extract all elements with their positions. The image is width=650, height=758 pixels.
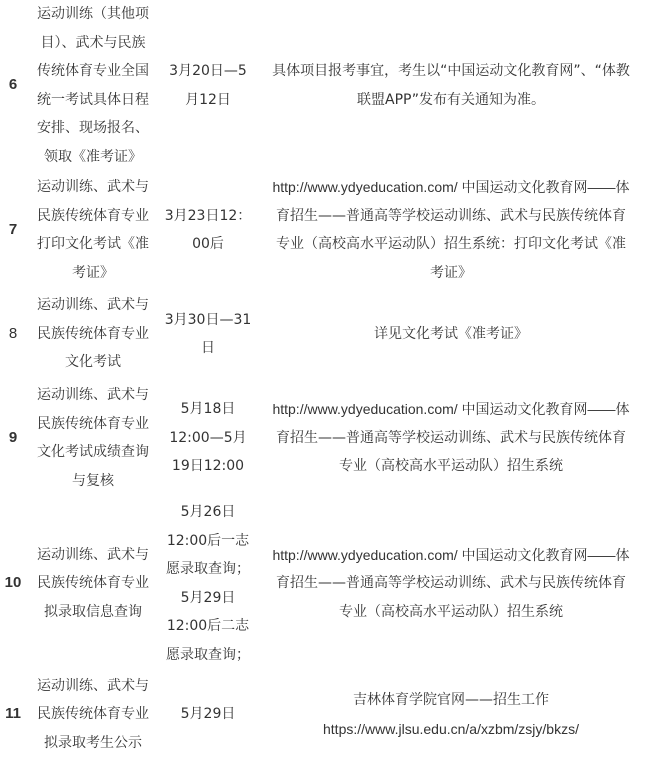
time-text: 5月26日	[158, 498, 258, 527]
note-cell: http://www.ydyeducation.com/ 中国运动文化教育网——…	[258, 379, 650, 497]
item-text: 传统体育专业全国	[28, 57, 158, 86]
note-text: 吉林体育学院官网——招生工作	[262, 686, 640, 715]
note-text: 专业（高校高水平运动队）招生系统	[262, 452, 640, 481]
item-text: 统一考试具体日程	[28, 86, 158, 115]
table-row: 11 运动训练、武术与 民族传统体育专业 拟录取考生公示 5月29日 吉林体育学…	[0, 670, 650, 758]
note-text: 具体项目报考事宜，考生以“中国运动文化教育网”、“体教	[262, 57, 640, 86]
item-text: 安排、现场报名、	[28, 114, 158, 143]
time-text: 3月20日—5	[158, 57, 258, 86]
note-cell: 吉林体育学院官网——招生工作 https://www.jlsu.edu.cn/a…	[258, 670, 650, 758]
table-row: 8 运动训练、武术与 民族传统体育专业 文化考试 3月30日—31 日 详见文化…	[0, 289, 650, 379]
item-text: 运动训练、武术与	[28, 291, 158, 320]
time-text: 月12日	[158, 86, 258, 115]
item-text: 运动训练、武术与	[28, 381, 158, 410]
note-text: 联盟APP”发布有关通知为准。	[262, 86, 640, 115]
time-text: 19日12:00	[158, 452, 258, 481]
time-text: 5月18日	[158, 395, 258, 424]
item-text: 运动训练、武术与	[28, 672, 158, 701]
time-text: 12:00后一志	[158, 527, 258, 556]
time-cell: 3月23日12： 00后	[158, 171, 258, 289]
note-link-text: http://www.ydyeducation.com/ 中国运动文化教育网——…	[262, 173, 640, 202]
item-text: 拟录取信息查询	[28, 598, 158, 627]
note-text: 专业（高校高水平运动队）招生系统	[262, 598, 640, 627]
time-cell: 5月29日	[158, 670, 258, 758]
row-number: 9	[0, 379, 26, 497]
schedule-table: 6 运动训练（其他项 目）、武术与民族 传统体育专业全国 统一考试具体日程 安排…	[0, 0, 650, 758]
item-cell: 运动训练、武术与 民族传统体育专业 文化考试	[26, 289, 158, 379]
item-text: 与复核	[28, 467, 158, 496]
item-cell: 运动训练、武术与 民族传统体育专业 打印文化考试《准 考证》	[26, 171, 158, 289]
time-text: 3月30日—31	[158, 306, 258, 335]
row-number: 10	[0, 497, 26, 670]
note-cell: 详见文化考试《准考证》	[258, 289, 650, 379]
note-link-text: http://www.ydyeducation.com/ 中国运动文化教育网——…	[262, 541, 640, 570]
table-row: 7 运动训练、武术与 民族传统体育专业 打印文化考试《准 考证》 3月23日12…	[0, 171, 650, 289]
time-text: 日	[158, 334, 258, 363]
note-text: 考证》	[262, 259, 640, 288]
item-text: 文化考试	[28, 348, 158, 377]
table-row: 9 运动训练、武术与 民族传统体育专业 文化考试成绩查询 与复核 5月18日 1…	[0, 379, 650, 497]
time-text: 3月23日12：	[158, 202, 258, 231]
table-row: 10 运动训练、武术与 民族传统体育专业 拟录取信息查询 5月26日 12:00…	[0, 497, 650, 670]
note-cell: http://www.ydyeducation.com/ 中国运动文化教育网——…	[258, 497, 650, 670]
item-cell: 运动训练、武术与 民族传统体育专业 文化考试成绩查询 与复核	[26, 379, 158, 497]
time-text: 5月29日	[158, 700, 258, 729]
note-text: 育招生——普通高等学校运动训练、武术与民族传统体育	[262, 202, 640, 231]
note-cell: 具体项目报考事宜，考生以“中国运动文化教育网”、“体教 联盟APP”发布有关通知…	[258, 0, 650, 171]
note-text: 育招生——普通高等学校运动训练、武术与民族传统体育	[262, 424, 640, 453]
item-text: 拟录取考生公示	[28, 729, 158, 758]
item-cell: 运动训练、武术与 民族传统体育专业 拟录取考生公示	[26, 670, 158, 758]
row-number: 11	[0, 670, 26, 758]
time-text: 愿录取查询；	[158, 641, 258, 670]
time-text: 12:00—5月	[158, 424, 258, 453]
item-text: 民族传统体育专业	[28, 410, 158, 439]
row-number: 7	[0, 171, 26, 289]
note-text: 育招生——普通高等学校运动训练、武术与民族传统体育	[262, 569, 640, 598]
note-text: 专业（高校高水平运动队）招生系统：打印文化考试《准	[262, 230, 640, 259]
row-number: 6	[0, 0, 26, 171]
item-text: 目）、武术与民族	[28, 29, 158, 58]
item-text: 民族传统体育专业	[28, 202, 158, 231]
time-cell: 5月26日 12:00后一志 愿录取查询； 5月29日 12:00后二志 愿录取…	[158, 497, 258, 670]
time-text: 5月29日	[158, 584, 258, 613]
row-number: 8	[0, 289, 26, 379]
item-text: 考证》	[28, 259, 158, 288]
item-text: 运动训练、武术与	[28, 541, 158, 570]
item-text: 民族传统体育专业	[28, 320, 158, 349]
note-link-text: https://www.jlsu.edu.cn/a/xzbm/zsjy/bkzs…	[262, 715, 640, 744]
time-text: 12:00后二志	[158, 612, 258, 641]
time-cell: 5月18日 12:00—5月 19日12:00	[158, 379, 258, 497]
time-text: 愿录取查询；	[158, 555, 258, 584]
item-text: 文化考试成绩查询	[28, 438, 158, 467]
note-cell: http://www.ydyeducation.com/ 中国运动文化教育网——…	[258, 171, 650, 289]
item-cell: 运动训练（其他项 目）、武术与民族 传统体育专业全国 统一考试具体日程 安排、现…	[26, 0, 158, 171]
time-cell: 3月30日—31 日	[158, 289, 258, 379]
item-text: 运动训练（其他项	[28, 0, 158, 29]
note-text: 详见文化考试《准考证》	[262, 320, 640, 349]
item-text: 民族传统体育专业	[28, 569, 158, 598]
note-link-text: http://www.ydyeducation.com/ 中国运动文化教育网——…	[262, 395, 640, 424]
time-text: 00后	[158, 230, 258, 259]
item-cell: 运动训练、武术与 民族传统体育专业 拟录取信息查询	[26, 497, 158, 670]
item-text: 运动训练、武术与	[28, 173, 158, 202]
item-text: 领取《准考证》	[28, 143, 158, 172]
table-row: 6 运动训练（其他项 目）、武术与民族 传统体育专业全国 统一考试具体日程 安排…	[0, 0, 650, 171]
item-text: 民族传统体育专业	[28, 700, 158, 729]
item-text: 打印文化考试《准	[28, 230, 158, 259]
time-cell: 3月20日—5 月12日	[158, 0, 258, 171]
